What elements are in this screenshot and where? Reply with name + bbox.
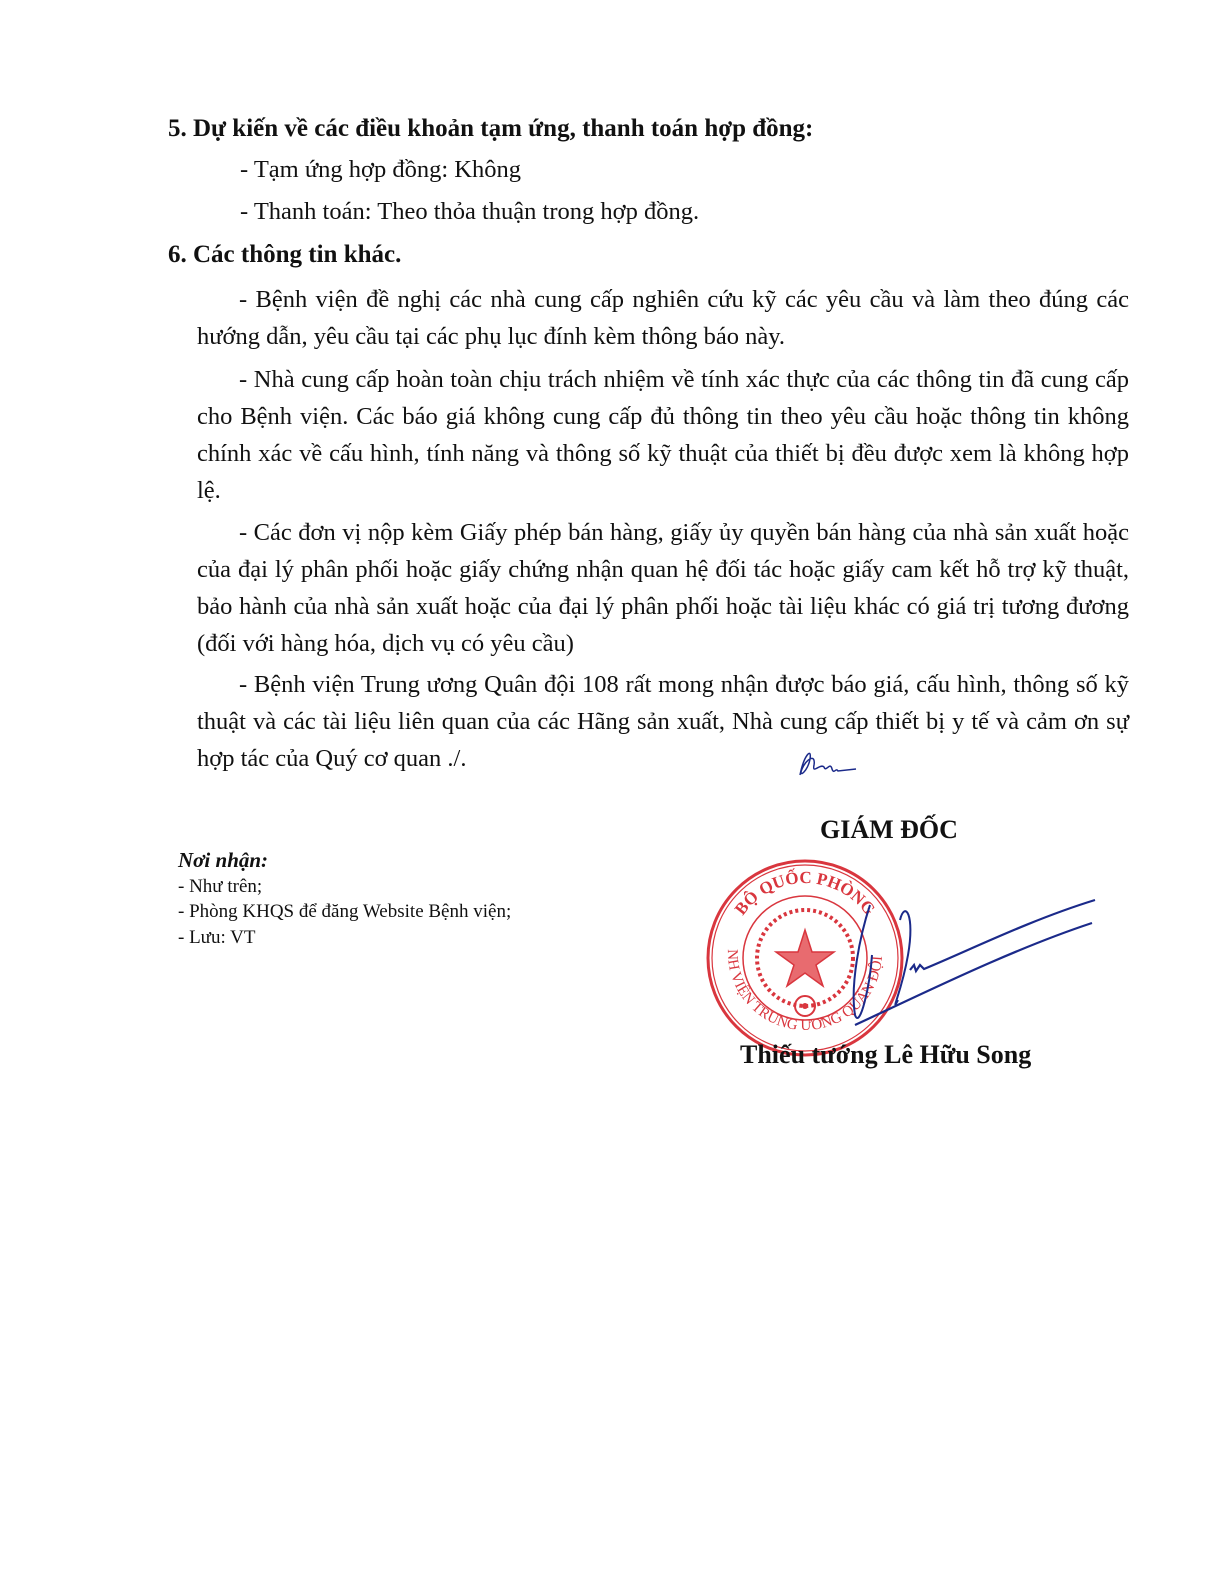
paragraph-closing: - Bệnh viện Trung ương Quân đội 108 rất … [197,666,1129,777]
paragraph-supplier-responsibility: - Nhà cung cấp hoàn toàn chịu trách nhiệ… [197,361,1129,509]
section-5-heading: 5. Dự kiến về các điều khoản tạm ứng, th… [168,115,813,143]
advance-payment-item: - Tạm ứng hợp đồng: Không [240,156,521,184]
recipient-item: - Như trên; [178,874,511,900]
signer-name: Thiếu tướng Lê Hữu Song [740,1040,1031,1070]
paragraph-research-requirements: - Bệnh viện đề nghị các nhà cung cấp ngh… [197,281,1129,355]
recipients-title: Nơi nhận: [178,848,511,874]
initials-signature-icon [790,745,860,785]
payment-terms-item: - Thanh toán: Theo thỏa thuận trong hợp … [240,198,699,226]
section-6-heading: 6. Các thông tin khác. [168,241,401,269]
signer-role: GIÁM ĐỐC [820,815,958,845]
director-signature-icon [830,895,1110,1035]
recipient-item: - Lưu: VT [178,925,511,951]
paragraph-required-documents: - Các đơn vị nộp kèm Giấy phép bán hàng,… [197,514,1129,662]
recipients-block: Nơi nhận: - Như trên; - Phòng KHQS để đă… [178,848,511,950]
recipient-item: - Phòng KHQS để đăng Website Bệnh viện; [178,899,511,925]
document-page: 5. Dự kiến về các điều khoản tạm ứng, th… [0,0,1224,1584]
